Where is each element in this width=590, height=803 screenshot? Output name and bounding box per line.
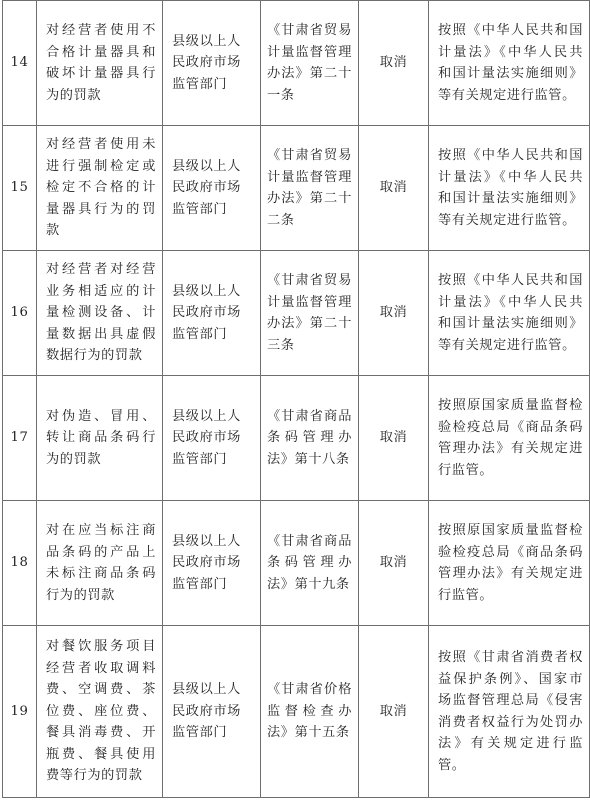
table-row: 19 对餐饮服务项目经营者收取调料费、空调费、茶位费、座位费、餐具消毒费、开瓶费… [3,626,590,798]
row-number: 18 [3,501,37,626]
legal-basis: 《甘肃省商品条码管理办法》第十八条 [261,376,359,501]
item-name: 对在应当标注商品条码的产品上未标注商品条码行为的罚款 [37,501,163,626]
supervision-note: 按照《中华人民共和国计量法》《中华人民共和国计量法实施细则》等有关规定进行监管。 [429,1,590,126]
supervision-note: 按照原国家质量监督检验检疫总局《商品条码管理办法》有关规定进行监管。 [429,501,590,626]
row-number: 17 [3,376,37,501]
legal-basis: 《甘肃省贸易计量监督管理办法》第二十一条 [261,1,359,126]
implementing-department: 县级以上人民政府市场监管部门 [163,376,261,501]
item-name: 对经营者使用未进行强制检定或检定不合格的计量器具行为的罚款 [37,126,163,251]
table-row: 18 对在应当标注商品条码的产品上未标注商品条码行为的罚款 县级以上人民政府市场… [3,501,590,626]
handling-action: 取消 [359,626,429,798]
handling-action: 取消 [359,251,429,376]
handling-action: 取消 [359,126,429,251]
implementing-department: 县级以上人民政府市场监管部门 [163,501,261,626]
table-row: 16 对经营者对经营业务相适应的计量检测设备、计量数据出具虚假数据行为的罚款 县… [3,251,590,376]
implementing-department: 县级以上人民政府市场监管部门 [163,626,261,798]
item-name: 对经营者对经营业务相适应的计量检测设备、计量数据出具虚假数据行为的罚款 [37,251,163,376]
item-name: 对伪造、冒用、转让商品条码行为的罚款 [37,376,163,501]
supervision-note: 按照《甘肃省消费者权益保护条例》、国家市场监督管理总局《侵害消费者权益行为处罚办… [429,626,590,798]
table-row: 17 对伪造、冒用、转让商品条码行为的罚款 县级以上人民政府市场监管部门 《甘肃… [3,376,590,501]
row-number: 16 [3,251,37,376]
supervision-note: 按照《中华人民共和国计量法》《中华人民共和国计量法实施细则》等有关规定进行监管。 [429,126,590,251]
row-number: 14 [3,1,37,126]
item-name: 对经营者使用不合格计量器具和破坏计量器具行为的罚款 [37,1,163,126]
legal-basis: 《甘肃省贸易计量监督管理办法》第二十三条 [261,251,359,376]
table-row: 15 对经营者使用未进行强制检定或检定不合格的计量器具行为的罚款 县级以上人民政… [3,126,590,251]
row-number: 19 [3,626,37,798]
implementing-department: 县级以上人民政府市场监管部门 [163,251,261,376]
handling-action: 取消 [359,376,429,501]
legal-basis: 《甘肃省价格监督检查办法》第十五条 [261,626,359,798]
item-name: 对餐饮服务项目经营者收取调料费、空调费、茶位费、座位费、餐具消毒费、开瓶费、餐具… [37,626,163,798]
implementing-department: 县级以上人民政府市场监管部门 [163,1,261,126]
handling-action: 取消 [359,1,429,126]
legal-basis: 《甘肃省贸易计量监督管理办法》第二十二条 [261,126,359,251]
legal-basis: 《甘肃省商品条码管理办法》第十九条 [261,501,359,626]
supervision-note: 按照《中华人民共和国计量法》《中华人民共和国计量法实施细则》等有关规定进行监管。 [429,251,590,376]
penalty-items-table: 14 对经营者使用不合格计量器具和破坏计量器具行为的罚款 县级以上人民政府市场监… [2,0,590,798]
table-row: 14 对经营者使用不合格计量器具和破坏计量器具行为的罚款 县级以上人民政府市场监… [3,1,590,126]
implementing-department: 县级以上人民政府市场监管部门 [163,126,261,251]
handling-action: 取消 [359,501,429,626]
row-number: 15 [3,126,37,251]
supervision-note: 按照原国家质量监督检验检疫总局《商品条码管理办法》有关规定进行监管。 [429,376,590,501]
